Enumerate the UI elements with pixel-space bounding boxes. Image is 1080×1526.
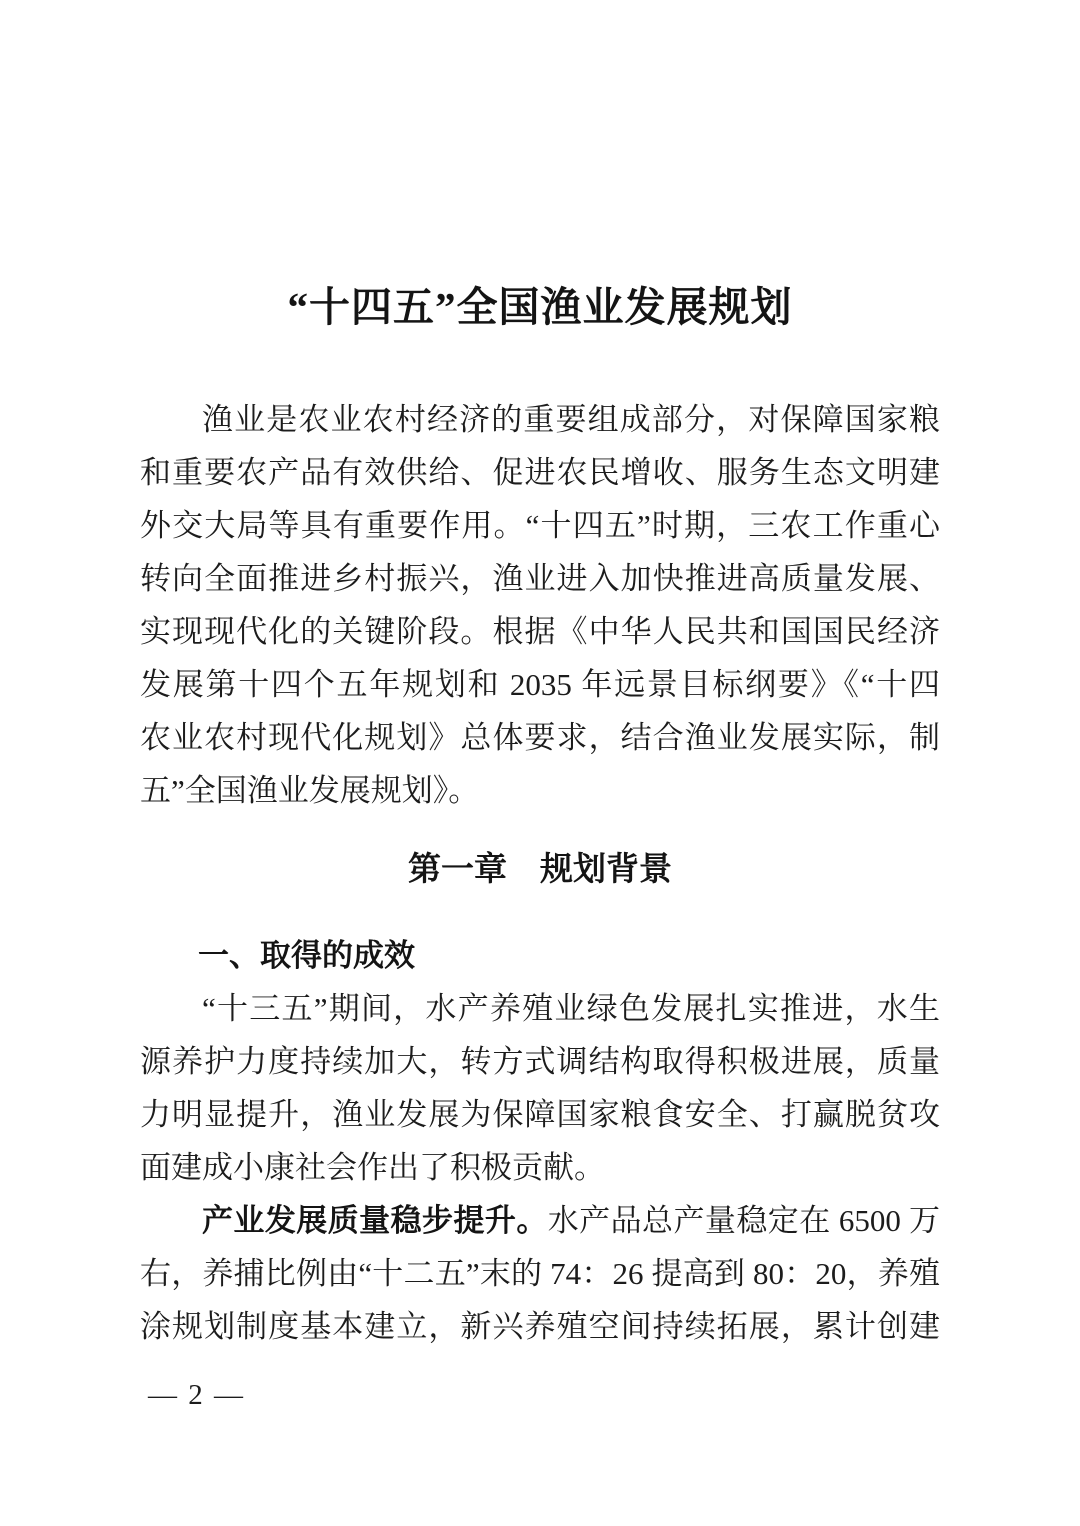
paragraph-bold-lead: 产业发展质量稳步提升。 — [202, 1203, 548, 1238]
text-line: 五”全国渔业发展规划》。 — [140, 764, 940, 817]
text-line: 渔业是农业农村经济的重要组成部分，对保障国家粮食安全 — [140, 393, 940, 446]
text-line: 发展第十四个五年规划和 2035 年远景目标纲要》《“十四五”推进 — [140, 658, 940, 711]
text-line: 转向全面推进乡村振兴，渔业进入加快推进高质量发展、争取尽早 — [140, 552, 940, 605]
text-line: 源养护力度持续加大，转方式调结构取得积极进展，质量效益竞争 — [140, 1035, 940, 1088]
text-line: 右，养捕比例由“十二五”末的 74：26 提高到 80：20，养殖水域滩 — [140, 1247, 940, 1300]
paragraph-achievements: “十三五”期间，水产养殖业绿色发展扎实推进，水生生物资 源养护力度持续加大，转方… — [140, 982, 940, 1194]
text-line: 和重要农产品有效供给、促进农民增收、服务生态文明建设和政治 — [140, 446, 940, 499]
text-line: 涂规划制度基本建立，新兴养殖空间持续拓展，累计创建国家级水 — [140, 1300, 940, 1353]
text-line: 面建成小康社会作出了积极贡献。 — [140, 1141, 940, 1194]
text-line: 外交大局等具有重要作用。“十四五”时期，三农工作重心历史性 — [140, 499, 940, 552]
paragraph-intro: 渔业是农业农村经济的重要组成部分，对保障国家粮食安全 和重要农产品有效供给、促进… — [140, 393, 940, 817]
text-line: 产业发展质量稳步提升。水产品总产量稳定在 6500 万吨左 — [140, 1194, 940, 1247]
text-line: 力明显提升，渔业发展为保障国家粮食安全、打赢脱贫攻坚战、全 — [140, 1088, 940, 1141]
section-heading: 一、取得的成效 — [140, 929, 940, 982]
chapter-heading: 第一章 规划背景 — [140, 844, 940, 897]
text-line: “十三五”期间，水产养殖业绿色发展扎实推进，水生生物资 — [140, 982, 940, 1035]
text-line: 实现现代化的关键阶段。根据《中华人民共和国国民经济和社会 — [140, 605, 940, 658]
paragraph-industry-quality: 产业发展质量稳步提升。水产品总产量稳定在 6500 万吨左 右，养捕比例由“十二… — [140, 1194, 940, 1353]
text-line: 农业农村现代化规划》总体要求，结合渔业发展实际，制定《“十四 — [140, 711, 940, 764]
document-title: “十四五”全国渔业发展规划 — [140, 283, 940, 331]
document-page: “十四五”全国渔业发展规划 渔业是农业农村经济的重要组成部分，对保障国家粮食安全… — [0, 0, 1080, 1526]
page-number: — 2 — — [140, 1375, 940, 1415]
